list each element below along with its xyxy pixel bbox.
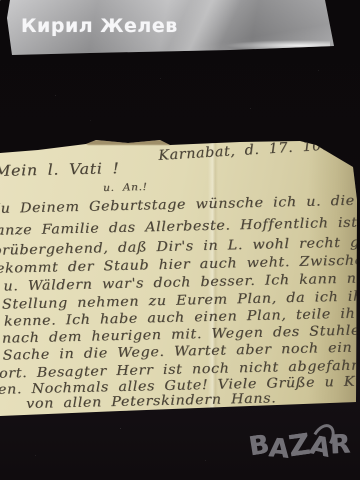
handwritten-letter: Karnabat, d. 17. 10. 05. Mein l. Vati ! … [0, 140, 360, 418]
sleeve-reflection [225, 40, 330, 51]
letter-salutation: Mein l. Vati ! [0, 161, 120, 179]
plastic-sleeve: Кирил Желев [0, 0, 340, 57]
torn-edge-smudge [86, 140, 172, 145]
logo-letter: R [329, 431, 350, 458]
fabric-texture [0, 0, 1, 1]
seller-name-overlay: Кирил Желев [21, 17, 178, 36]
letter-line: Zu Deinem Geburtstage wünsche ich u. die [0, 195, 355, 217]
logo-letter: A [267, 435, 289, 463]
auction-photo: Кирил Желев Karnabat, d. 17. 10. 05. Mei… [0, 0, 360, 480]
letter-salutation-note: u. An.! [103, 183, 148, 194]
bazar-logo: B A Z A R [249, 433, 350, 462]
letter-signature: von allen Peterskindern Hans. [26, 392, 276, 411]
